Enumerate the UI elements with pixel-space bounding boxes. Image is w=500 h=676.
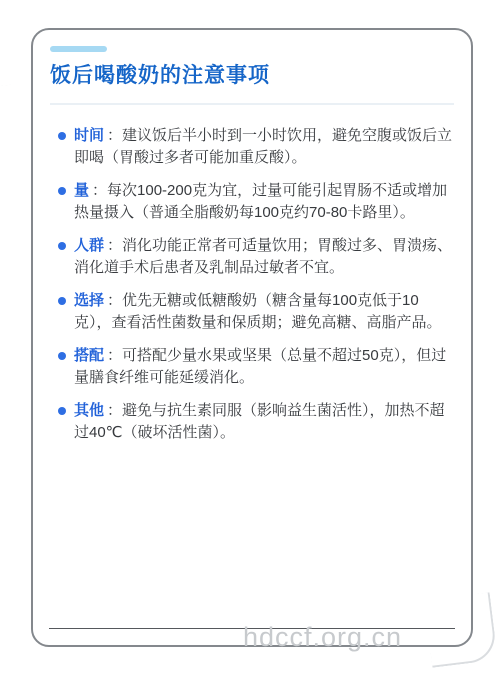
title-divider xyxy=(50,103,454,105)
bullet-icon xyxy=(58,407,66,415)
item-text: ：优先无糖或低糖酸奶（糖含量每100克低于10克），查看活性菌数量和保质期；避免… xyxy=(74,292,442,331)
page-title: 饭后喝酸奶的注意事项 xyxy=(50,63,454,89)
bullet-icon xyxy=(58,132,66,140)
item-text: ：建议饭后半小时到一小时饮用，避免空腹或饭后立即喝（胃酸过多者可能加重反酸）。 xyxy=(74,127,452,166)
bullet-icon xyxy=(58,352,66,360)
list-item: 选择：优先无糖或低糖酸奶（糖含量每100克低于10克），查看活性菌数量和保质期；… xyxy=(50,290,454,334)
item-text: ：可搭配少量水果或坚果（总量不超过50克），但过量膳食纤维可能延缓消化。 xyxy=(74,347,446,386)
watermark: hdccf.org.cn xyxy=(243,622,402,653)
content-card: 饭后喝酸奶的注意事项 时间：建议饭后半小时到一小时饮用，避免空腹或饭后立即喝（胃… xyxy=(31,28,473,647)
item-label: 时间 xyxy=(74,127,104,144)
tips-list: 时间：建议饭后半小时到一小时饮用，避免空腹或饭后立即喝（胃酸过多者可能加重反酸）… xyxy=(50,125,454,444)
list-item: 时间：建议饭后半小时到一小时饮用，避免空腹或饭后立即喝（胃酸过多者可能加重反酸）… xyxy=(50,125,454,169)
list-item: 搭配：可搭配少量水果或坚果（总量不超过50克），但过量膳食纤维可能延缓消化。 xyxy=(50,345,454,389)
list-item: 量：每次100-200克为宜，过量可能引起胃肠不适或增加热量摄入（普通全脂酸奶每… xyxy=(50,180,454,224)
item-label: 选择 xyxy=(74,292,104,309)
item-text: ：避免与抗生素同服（影响益生菌活性），加热不超过40℃（破坏活性菌）。 xyxy=(74,402,445,441)
bullet-icon xyxy=(58,187,66,195)
title-accent-bar xyxy=(50,46,107,52)
item-label: 人群 xyxy=(74,237,104,254)
item-text: ：消化功能正常者可适量饮用；胃酸过多、胃溃疡、消化道手术后患者及乳制品过敏者不宜… xyxy=(74,237,452,276)
bullet-icon xyxy=(58,297,66,305)
item-label: 其他 xyxy=(74,402,104,419)
list-item: 其他：避免与抗生素同服（影响益生菌活性），加热不超过40℃（破坏活性菌）。 xyxy=(50,400,454,444)
item-label: 量 xyxy=(74,182,89,199)
list-item: 人群：消化功能正常者可适量饮用；胃酸过多、胃溃疡、消化道手术后患者及乳制品过敏者… xyxy=(50,235,454,279)
item-text: ：每次100-200克为宜，过量可能引起胃肠不适或增加热量摄入（普通全脂酸奶每1… xyxy=(74,182,447,221)
item-label: 搭配 xyxy=(74,347,104,364)
bullet-icon xyxy=(58,242,66,250)
